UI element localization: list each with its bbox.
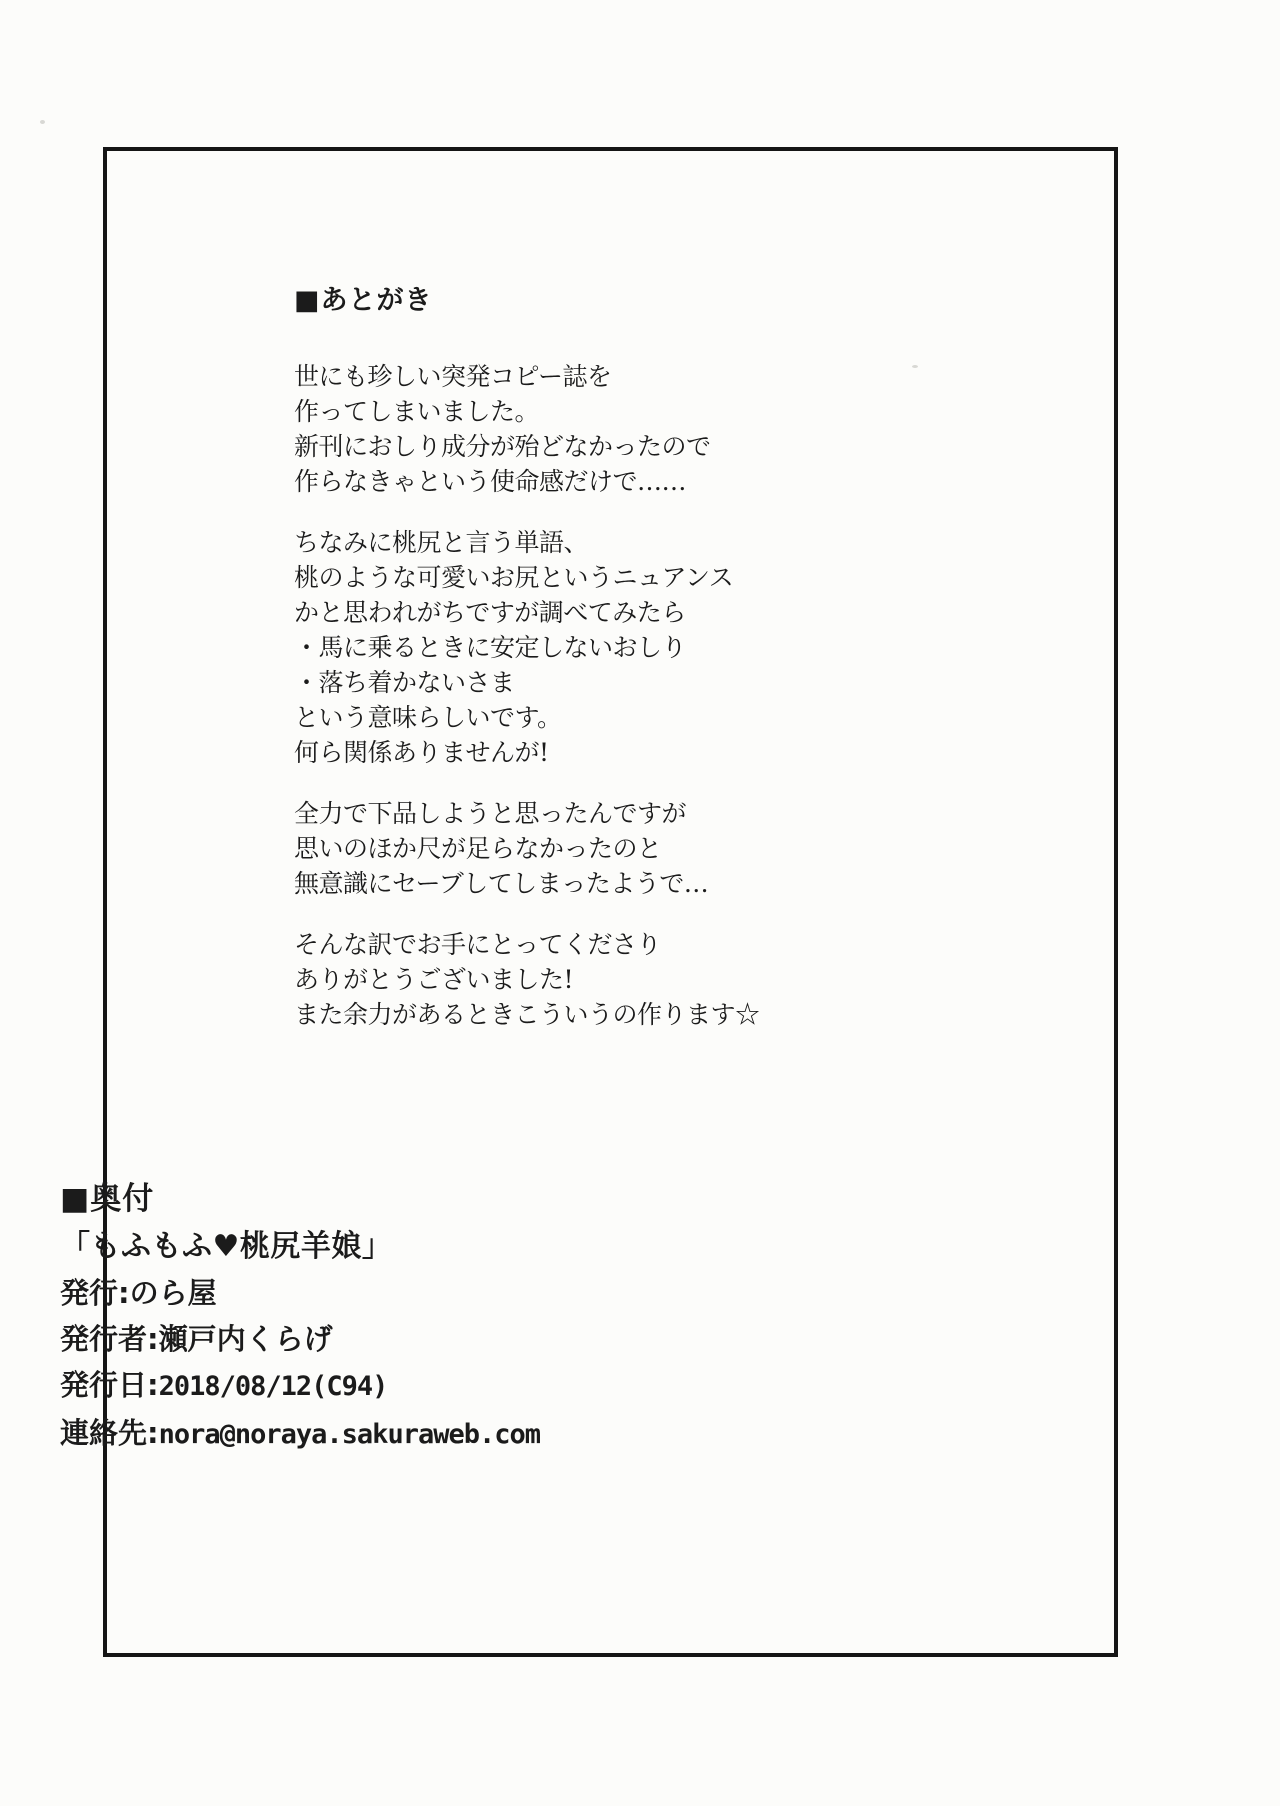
colophon-section: ■奥付 「もふもふ♥桃尻羊娘」 発行:のら屋 発行者:瀬戸内くらげ 発行日:20… (60, 1176, 760, 1458)
afterword-line: そんな訳でお手にとってくださり (294, 927, 914, 962)
afterword-line: 作らなきゃという使命感だけで…… (294, 464, 914, 499)
colophon-author-row: 発行者:瀬戸内くらげ (60, 1316, 760, 1362)
afterword-section: ■あとがき 世にも珍しい突発コピー誌を 作ってしまいました。 新刊におしり成分が… (294, 278, 914, 1058)
afterword-paragraph-2: ちなみに桃尻と言う単語、 桃のような可愛いお尻というニュアンス かと思われがちで… (294, 525, 914, 770)
afterword-line: 無意識にセーブしてしまったようで… (294, 866, 914, 901)
afterword-line: かと思われがちですが調べてみたら (294, 595, 914, 630)
colophon-heading: ■奥付 (60, 1176, 760, 1223)
afterword-line: 全力で下品しようと思ったんですが (294, 796, 914, 831)
colophon-book-title: 「もふもふ♥桃尻羊娘」 (60, 1223, 760, 1270)
afterword-line: 作ってしまいました。 (294, 394, 914, 429)
afterword-line: 新刊におしり成分が殆どなかったので (294, 429, 914, 464)
afterword-line: ありがとうございました! (294, 962, 914, 997)
afterword-heading: ■あとがき (294, 278, 914, 317)
colophon-label: 発行: (60, 1276, 130, 1310)
colophon-value: のら屋 (130, 1276, 217, 1310)
afterword-line: 桃のような可愛いお尻というニュアンス (294, 560, 914, 595)
colophon-label: 発行者: (60, 1322, 159, 1356)
afterword-paragraph-1: 世にも珍しい突発コピー誌を 作ってしまいました。 新刊におしり成分が殆どなかった… (294, 359, 914, 499)
afterword-paragraph-3: 全力で下品しようと思ったんですが 思いのほか尺が足らなかったのと 無意識にセーブ… (294, 796, 914, 901)
afterword-line: という意味らしいです。 (294, 700, 914, 735)
afterword-line: ・馬に乗るときに安定しないおしり (294, 630, 914, 665)
colophon-publisher-row: 発行:のら屋 (60, 1270, 760, 1316)
afterword-line: ちなみに桃尻と言う単語、 (294, 525, 914, 560)
afterword-line: また余力があるときこういうの作ります☆ (294, 997, 914, 1032)
afterword-paragraph-4: そんな訳でお手にとってくださり ありがとうございました! また余力があるときこう… (294, 927, 914, 1032)
afterword-line: 世にも珍しい突発コピー誌を (294, 359, 914, 394)
colophon-contact-email: nora@noraya.sakuraweb.com (159, 1419, 540, 1450)
afterword-line: ・落ち着かないさま (294, 665, 914, 700)
colophon-value: 瀬戸内くらげ (159, 1322, 333, 1356)
colophon-contact-row: 連絡先:nora@noraya.sakuraweb.com (60, 1410, 760, 1458)
colophon-date-row: 発行日:2018/08/12(C94) (60, 1362, 760, 1410)
scan-speck (40, 120, 45, 124)
afterword-line: 思いのほか尺が足らなかったのと (294, 831, 914, 866)
afterword-line: 何ら関係ありませんが! (294, 735, 914, 770)
colophon-label: 連絡先: (60, 1416, 159, 1450)
colophon-label: 発行日: (60, 1368, 159, 1402)
colophon-value: 2018/08/12(C94) (159, 1371, 388, 1402)
